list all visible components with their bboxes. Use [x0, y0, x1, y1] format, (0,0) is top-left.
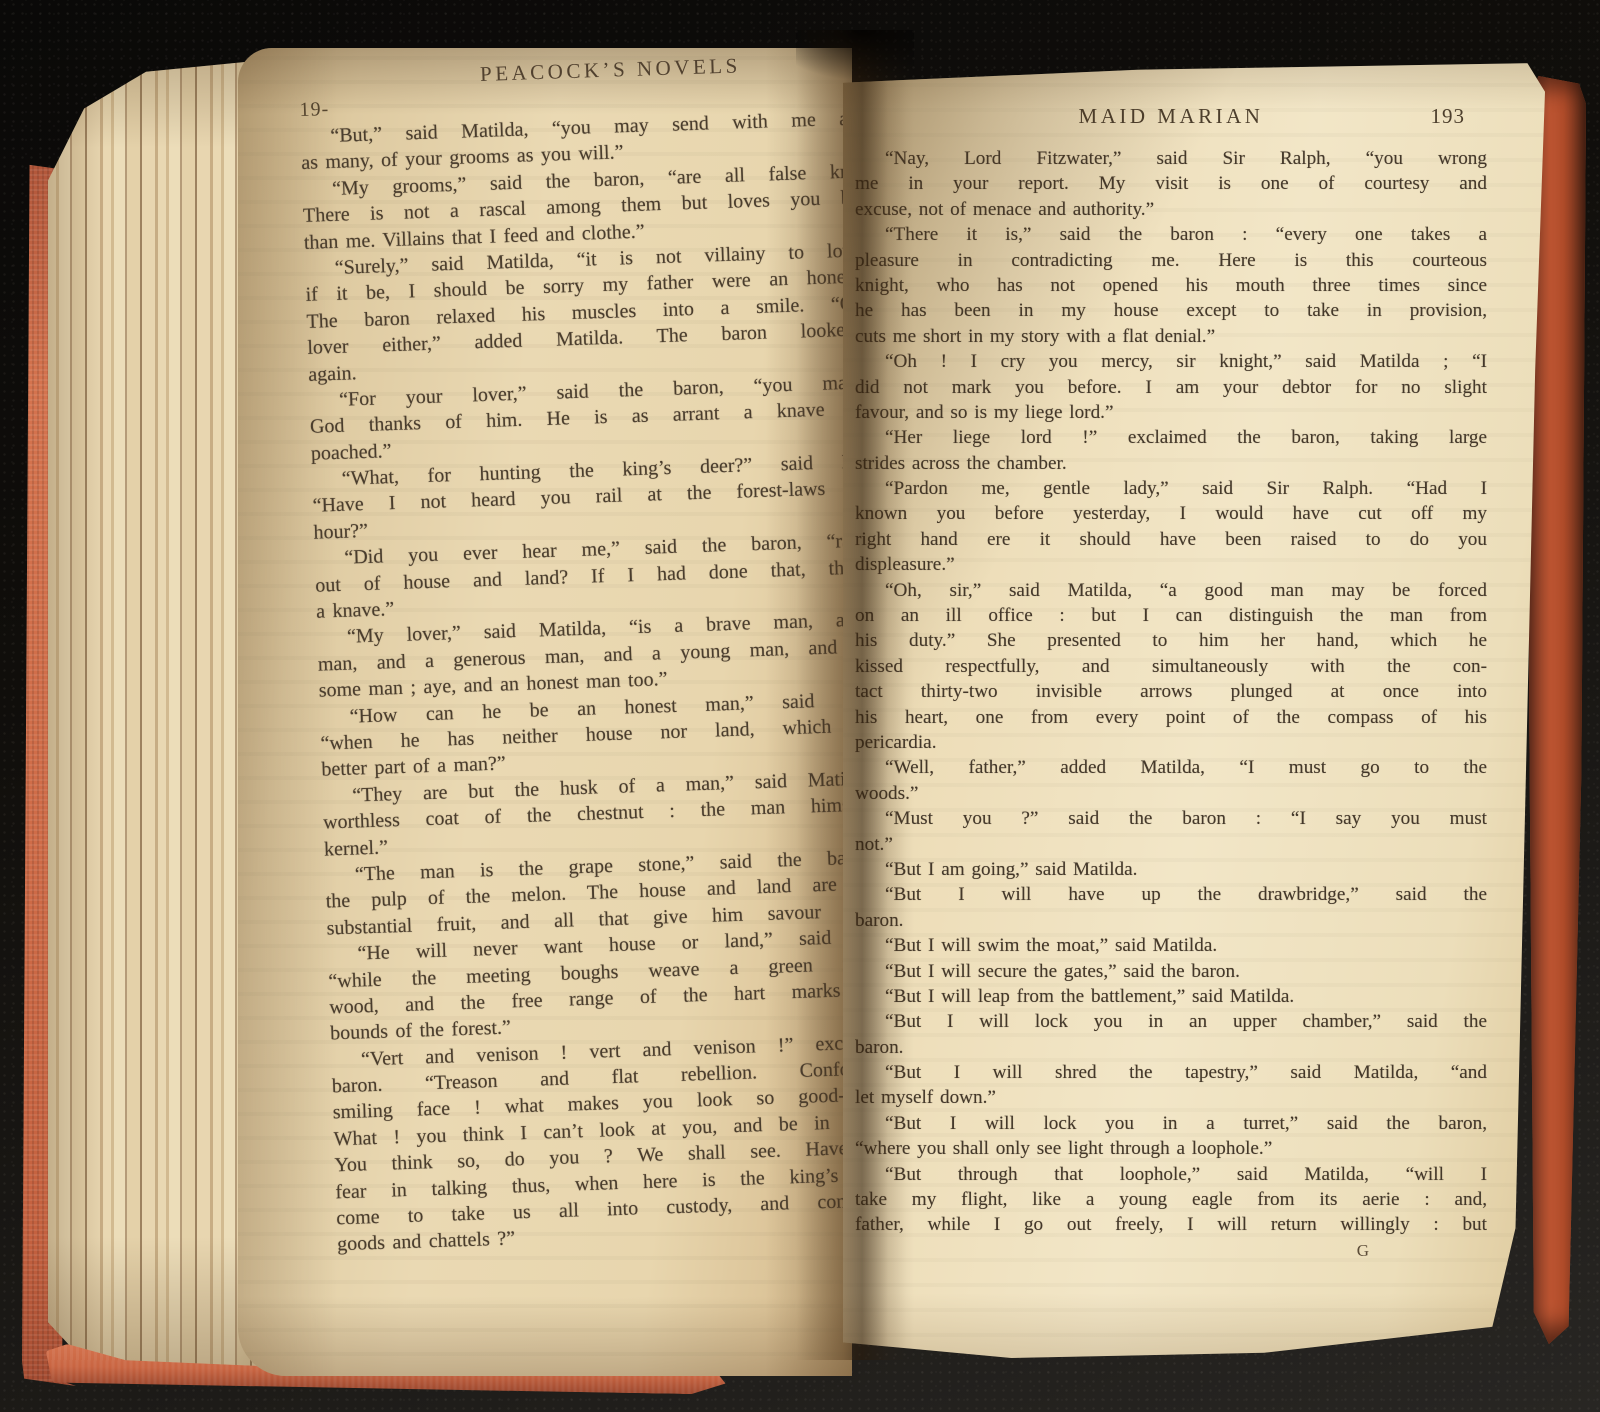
text-line: “But through that loophole,” said Matild… [855, 1162, 1487, 1187]
text-line: “Nay, Lord Fitzwater,” said Sir Ralph, “… [855, 146, 1487, 171]
right-page-text: “Nay, Lord Fitzwater,” said Sir Ralph, “… [855, 146, 1487, 1238]
text-line: “Pardon me, gentle lady,” said Sir Ralph… [855, 476, 1487, 501]
text-line: “But I will have up the drawbridge,” sai… [855, 882, 1487, 907]
left-page: PEACOCK’S NOVELS 19- “But,” said Matilda… [238, 48, 852, 1376]
text-line: father, while I go out freely, I will re… [855, 1212, 1487, 1237]
right-page-number: 193 [1431, 100, 1466, 132]
text-line: pericardia. [855, 730, 1487, 755]
text-line: “But I will lock you in a turret,” said … [855, 1111, 1487, 1136]
right-page-content: MAID MARIAN 193 “Nay, Lord Fitzwater,” s… [855, 100, 1487, 1264]
text-line: kissed respectfully, and simultaneously … [855, 654, 1487, 679]
text-line: cuts me short in my story with a flat de… [855, 324, 1487, 349]
text-line: “But I am going,” said Matilda. [855, 857, 1487, 882]
text-line: his heart, one from every point of the c… [855, 705, 1487, 730]
text-line: he has been in my house except to take i… [855, 298, 1487, 323]
text-line: right hand ere it should have been raise… [855, 527, 1487, 552]
text-line: “But I will swim the moat,” said Matilda… [855, 933, 1487, 958]
text-line: known you before yesterday, I would have… [855, 501, 1487, 526]
text-line: not.” [855, 832, 1487, 857]
text-line: woods.” [855, 781, 1487, 806]
text-line: baron. [855, 1035, 1487, 1060]
text-line: baron. [855, 908, 1487, 933]
text-line: “But I will leap from the battlement,” s… [855, 984, 1487, 1009]
text-line: let myself down.” [855, 1085, 1487, 1110]
text-line: did not mark you before. I am your debto… [855, 375, 1487, 400]
text-line: “Well, father,” added Matilda, “I must g… [855, 755, 1487, 780]
text-line: on an ill office : but I can distinguish… [855, 603, 1487, 628]
text-line: take my flight, like a young eagle from … [855, 1187, 1487, 1212]
text-line: “where you shall only see light through … [855, 1136, 1487, 1161]
text-line: “But I will lock you in an upper chamber… [855, 1009, 1487, 1034]
text-line: strides across the chamber. [855, 451, 1487, 476]
left-page-content: PEACOCK’S NOVELS 19- “But,” said Matilda… [298, 46, 885, 1258]
left-page-text: “But,” said Matilda, “you may send with … [300, 106, 885, 1258]
right-page: MAID MARIAN 193 “Nay, Lord Fitzwater,” s… [843, 58, 1545, 1358]
text-line: me in your report. My visit is one of co… [855, 171, 1487, 196]
text-line: “But I will shred the tapestry,” said Ma… [855, 1060, 1487, 1085]
text-line: “Oh ! I cry you mercy, sir knight,” said… [855, 349, 1487, 374]
text-line: “Her liege lord !” exclaimed the baron, … [855, 425, 1487, 450]
text-line: pleasure in contradicting me. Here is th… [855, 248, 1487, 273]
text-line: his duty.” She presented to him her hand… [855, 628, 1487, 653]
text-line: “Must you ?” said the baron : “I say you… [855, 806, 1487, 831]
right-running-head: MAID MARIAN [1079, 104, 1264, 128]
text-line: “Oh, sir,” said Matilda, “a good man may… [855, 578, 1487, 603]
open-book-photo: PEACOCK’S NOVELS 19- “But,” said Matilda… [0, 0, 1600, 1412]
text-line: displeasure.” [855, 552, 1487, 577]
text-line: knight, who has not opened his mouth thr… [855, 273, 1487, 298]
signature-mark: G [855, 1238, 1487, 1264]
text-line: “There it is,” said the baron : “every o… [855, 222, 1487, 247]
text-line: favour, and so is my liege lord.” [855, 400, 1487, 425]
text-line: “But I will secure the gates,” said the … [855, 959, 1487, 984]
text-line: excuse, not of menace and authority.” [855, 197, 1487, 222]
text-line: tact thirty-two invisible arrows plunged… [855, 679, 1487, 704]
